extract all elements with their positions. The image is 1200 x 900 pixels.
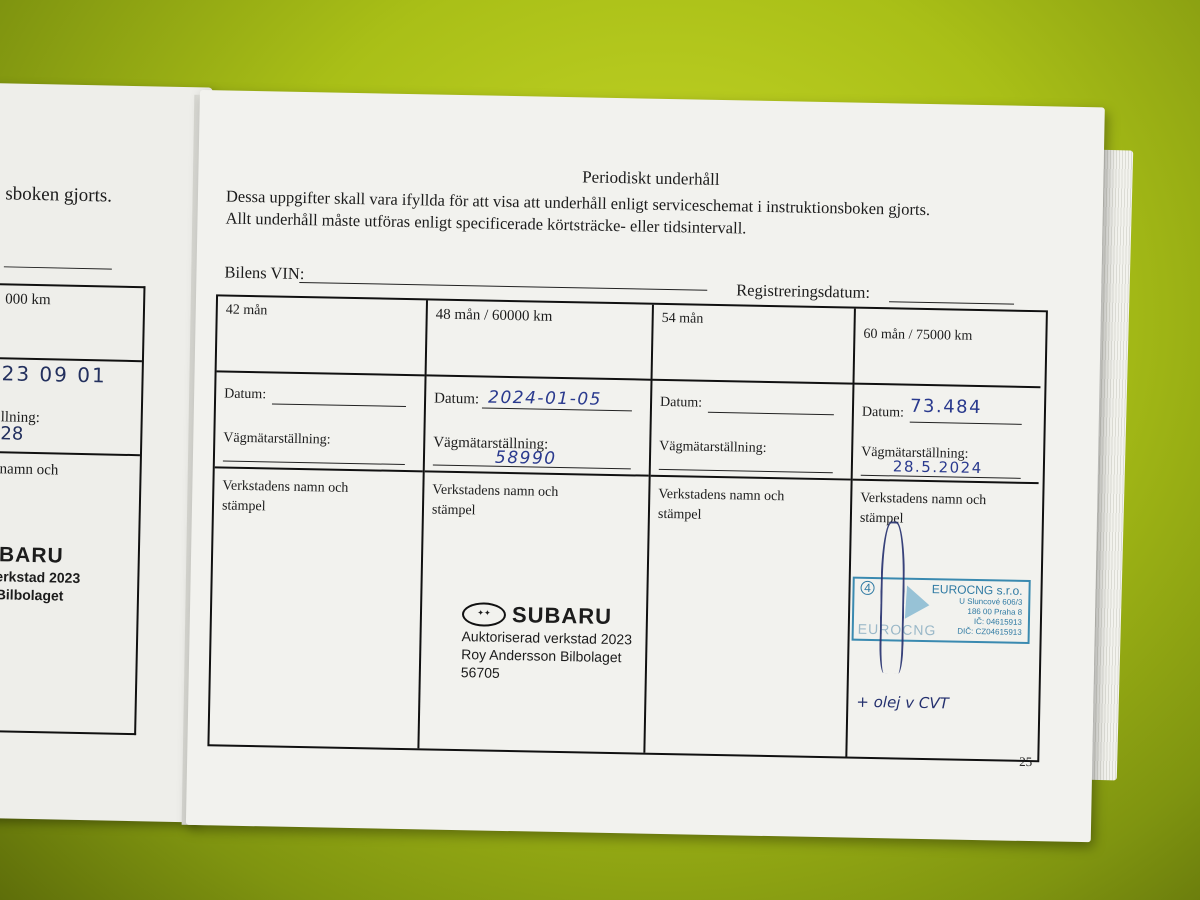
column-header: 60 mån / 75000 km bbox=[863, 327, 972, 345]
date-label: Datum: bbox=[862, 405, 904, 422]
stamp-address-2: 186 00 Praha 8 bbox=[958, 607, 1023, 618]
date-label: Datum: bbox=[434, 391, 479, 409]
eurocng-stamp: 4 EUROCNG s.r.o. U Sluncové 606/3 186 00… bbox=[852, 577, 1031, 644]
left-service-table: 000 km 23 09 01 llning: 28 namn och SUBA… bbox=[0, 283, 145, 735]
stamp-label: stämpel bbox=[432, 503, 476, 520]
stamp-number: 4 bbox=[860, 581, 874, 595]
handwritten-note: + olej v CVT bbox=[856, 693, 949, 713]
odometer-line bbox=[223, 461, 405, 465]
page-number: 25 bbox=[1019, 754, 1032, 770]
column-header-cell: 48 mån / 60000 km bbox=[427, 300, 652, 380]
service-column-42: 42 mån Datum: Vägmätarställning: Verksta… bbox=[209, 296, 428, 748]
handwritten-date: 73.484 bbox=[910, 396, 982, 418]
date-odometer-cell: Datum: Vägmätarställning: bbox=[215, 372, 425, 472]
workshop-label: Verkstadens namn och bbox=[658, 487, 784, 505]
workshop-label: Verkstadens namn och bbox=[432, 483, 558, 501]
stamp-address: U Sluncové 606/3 186 00 Praha 8 IČ: 0461… bbox=[957, 597, 1022, 638]
left-intro-fragment: sboken gjorts. bbox=[5, 183, 112, 207]
date-odometer-cell: Datum: Vägmätarställning: bbox=[651, 381, 853, 481]
workshop-cell: Verkstadens namn och stämpel ✦✦ SUBARU A… bbox=[419, 472, 648, 752]
service-column-60: 60 mån / 75000 km Datum: 73.484 Vägmätar… bbox=[847, 309, 1042, 760]
signature-scribble bbox=[879, 521, 906, 673]
handwritten-odometer: 28.5.2024 bbox=[893, 457, 983, 477]
left-header-cell: 000 km bbox=[0, 285, 143, 362]
service-column-54: 54 mån Datum: Vägmätarställning: Verksta… bbox=[645, 305, 856, 757]
date-label: Datum: bbox=[660, 395, 702, 412]
left-vin-line bbox=[4, 266, 112, 269]
left-workshop-label: namn och bbox=[0, 461, 59, 479]
stamp-line-3: 56705 bbox=[461, 663, 632, 684]
left-stamp-line1: ad verkstad 2023 bbox=[0, 568, 80, 586]
vin-label: Bilens VIN: bbox=[224, 263, 304, 285]
date-odometer-cell: Datum: 73.484 Vägmätarställning: 28.5.20… bbox=[853, 385, 1041, 485]
column-header-cell: 60 mån / 75000 km bbox=[854, 309, 1041, 389]
date-line bbox=[272, 403, 406, 407]
subaru-logo-icon: ✦✦ bbox=[462, 602, 506, 627]
column-header: 42 mån bbox=[226, 303, 268, 320]
odometer-label: Vägmätarställning: bbox=[223, 431, 331, 449]
right-page: Periodiskt underhåll Dessa uppgifter ska… bbox=[186, 90, 1105, 842]
column-header: 54 mån bbox=[662, 311, 704, 328]
workshop-cell: Verkstadens namn och stämpel 4 EUROCNG s… bbox=[847, 481, 1038, 761]
stamp-company: EUROCNG s.r.o. bbox=[932, 582, 1023, 598]
stamp-label: stämpel bbox=[222, 499, 266, 516]
column-header-cell: 54 mån bbox=[653, 305, 854, 385]
vin-field-line bbox=[299, 282, 707, 291]
workshop-label: Verkstadens namn och bbox=[860, 491, 986, 509]
odometer-label: Vägmätarställning: bbox=[659, 439, 767, 457]
subaru-dealer-stamp: ✦✦ SUBARU Auktoriserad verkstad 2023 Roy… bbox=[461, 601, 633, 684]
registration-field-line bbox=[889, 301, 1014, 304]
column-header-cell: 42 mån bbox=[217, 296, 426, 376]
date-label: Datum: bbox=[224, 387, 266, 404]
registration-label: Registreringsdatum: bbox=[736, 280, 870, 303]
stamp-label: stämpel bbox=[658, 507, 702, 524]
left-page: sboken gjorts. 000 km 23 09 01 llning: 2… bbox=[0, 83, 213, 823]
left-handwritten-odometer: 28 bbox=[0, 423, 23, 444]
date-line bbox=[708, 412, 834, 415]
workshop-label: Verkstadens namn och bbox=[222, 479, 348, 497]
date-odometer-cell: Datum: 2024-01-05 Vägmätarställning: 589… bbox=[425, 376, 651, 476]
left-column-header: 000 km bbox=[5, 291, 51, 309]
left-stamp-brand: SUBARU bbox=[0, 543, 64, 569]
left-date-cell: 23 09 01 llning: 28 bbox=[0, 359, 142, 456]
workshop-cell: Verkstadens namn och stämpel bbox=[645, 477, 850, 757]
handwritten-odometer: 58990 bbox=[495, 448, 557, 469]
column-header: 48 mån / 60000 km bbox=[436, 307, 553, 326]
left-stamp-line2: son Bilbolaget bbox=[0, 586, 64, 604]
workshop-cell: Verkstadens namn och stämpel bbox=[209, 468, 422, 748]
service-column-48: 48 mån / 60000 km Datum: 2024-01-05 Vägm… bbox=[419, 300, 654, 752]
service-table: 42 mån Datum: Vägmätarställning: Verksta… bbox=[207, 294, 1048, 762]
stamp-dic: DIČ: CZ04615913 bbox=[957, 627, 1022, 638]
date-line bbox=[910, 422, 1022, 425]
odometer-line bbox=[659, 469, 833, 473]
left-handwritten-date: 23 09 01 bbox=[1, 361, 107, 387]
stamp-brand: SUBARU bbox=[512, 602, 613, 630]
handwritten-date: 2024-01-05 bbox=[488, 388, 602, 410]
